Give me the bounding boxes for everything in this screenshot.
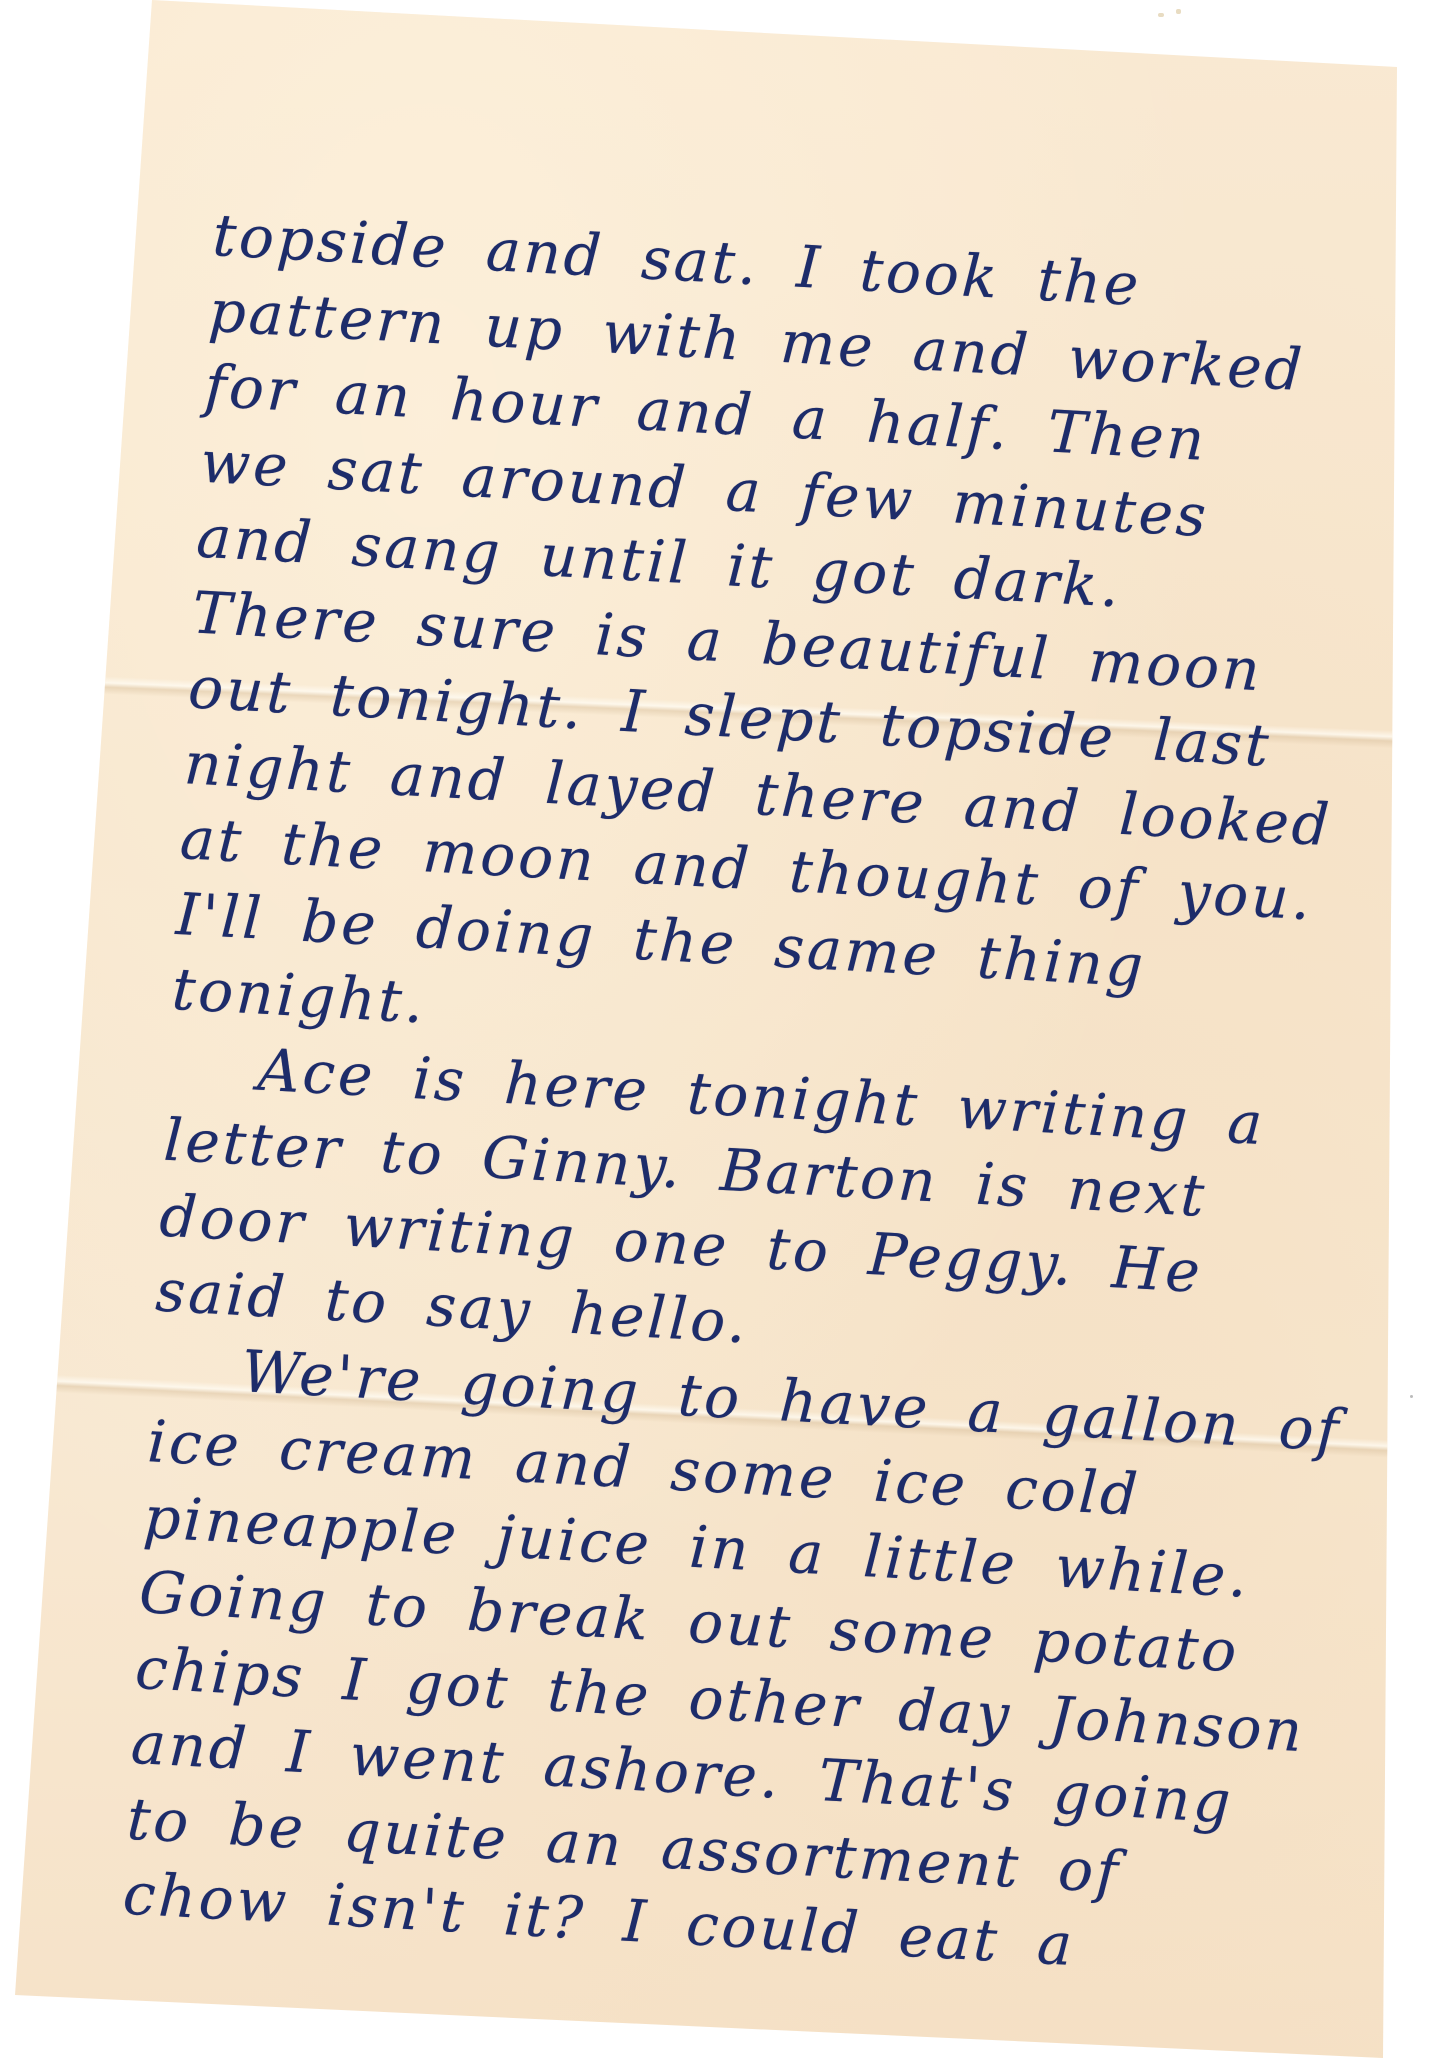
paper-speck bbox=[1176, 9, 1181, 14]
letter-paper: topside and sat. I took the pattern up w… bbox=[0, 0, 1432, 2065]
paper-speck bbox=[1158, 13, 1164, 17]
paper-speck bbox=[1410, 1395, 1413, 1398]
letter-body: topside and sat. I took the pattern up w… bbox=[121, 198, 1333, 1993]
